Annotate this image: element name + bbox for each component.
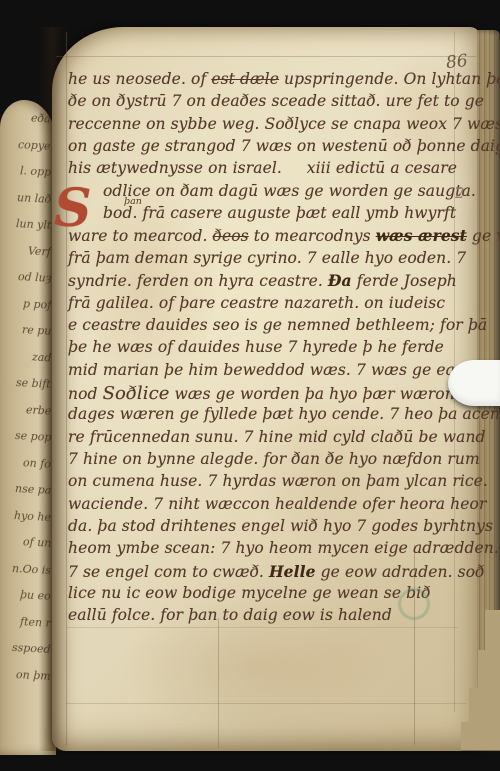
facing-page-fragment: eða (31, 111, 51, 125)
interlinear-addition: þan (124, 196, 142, 207)
manuscript-page (52, 27, 480, 751)
facing-page-fragment: l. opp (19, 164, 51, 179)
facing-page-fragment: on þm (16, 668, 51, 683)
facing-page-fragment: sspoed (12, 641, 51, 656)
facing-page-fragment: zad (31, 350, 51, 364)
leaf-edge (485, 610, 500, 651)
facing-page-fragment: on fo (23, 456, 52, 470)
facing-page-fragment: lun ylt (15, 217, 51, 232)
folio-number: 86 (445, 51, 469, 73)
parchment-crease (414, 545, 415, 745)
facing-page-fragment: n.Oo is (12, 561, 52, 576)
facing-page-fragment: nse pa (14, 482, 51, 497)
facing-page-fragment: un lað (16, 191, 51, 206)
rubricated-initial-s: S (54, 183, 92, 235)
leaf-edge (478, 650, 500, 689)
facing-page-fragment: re pu (21, 323, 51, 338)
facing-page-fragment: þu eo (20, 588, 51, 603)
facing-page-fragment: se pop (14, 429, 51, 444)
facing-page-edge: eðacopyel. oppun laðlun yltVerfod luȝp p… (0, 100, 56, 755)
parchment-crease (218, 618, 219, 748)
facing-page-fragment: copye (18, 138, 51, 153)
facing-page-fragment: p pof (22, 297, 51, 311)
facing-page-fragment: Verf (28, 244, 51, 258)
facing-page-fragment: se bift (16, 376, 51, 391)
ruling-line-horizontal-lower (66, 627, 458, 628)
ruling-line-vertical-left (66, 32, 67, 746)
leaf-edge (461, 722, 500, 751)
margin-numeral: 2 (455, 184, 465, 202)
manuscript-photo: eðacopyel. oppun laðlun yltVerfod luȝp p… (0, 0, 500, 771)
facing-page-fragment: hyo he (14, 509, 52, 524)
facing-page-fragment: of un (22, 535, 51, 549)
facing-page-fragment: erbe (25, 403, 51, 417)
white-bookmark-tab (448, 360, 500, 406)
facing-page-fragment: ften r (20, 615, 51, 630)
leaf-edge (469, 688, 500, 723)
ruling-line-horizontal-top (56, 56, 476, 57)
facing-page-fragment: od luȝ (17, 270, 51, 285)
ruling-line-horizontal-bottom (66, 703, 466, 704)
